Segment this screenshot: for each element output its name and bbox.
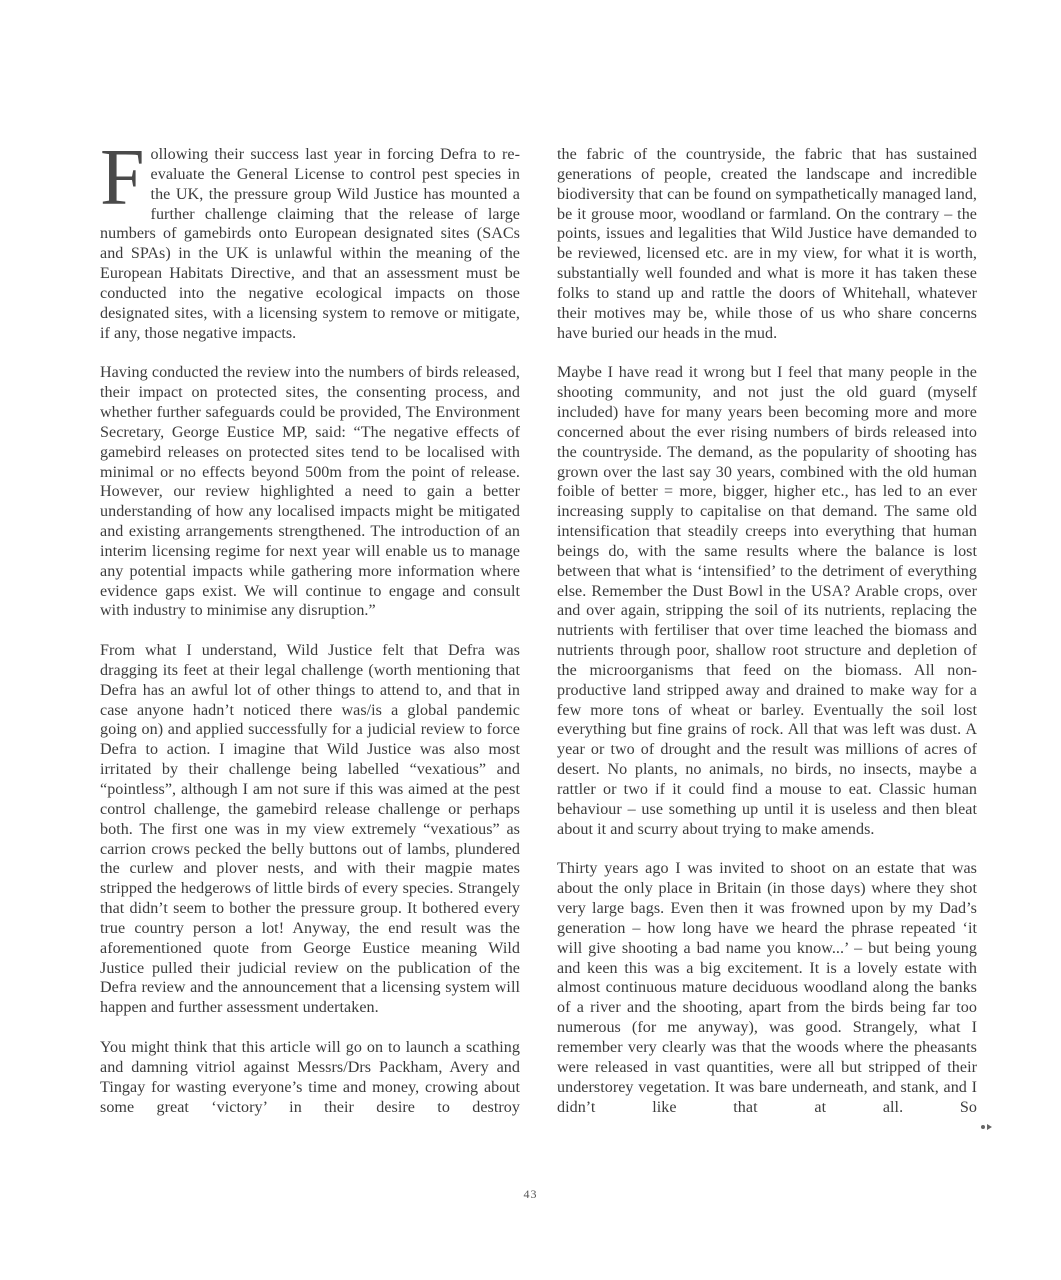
continue-arrow-icon — [980, 1120, 996, 1132]
article-right-column: the fabric of the countryside, the fabri… — [557, 145, 977, 1137]
page-number: 43 — [0, 1187, 1061, 1202]
drop-cap: F — [100, 147, 145, 209]
magazine-page: Following their success last year in for… — [0, 0, 1061, 1280]
article-left-column: Following their success last year in for… — [100, 145, 520, 1137]
article-paragraph-4: You might think that this article will g… — [100, 1038, 520, 1117]
article-paragraph-2: Having conducted the review into the num… — [100, 363, 520, 621]
article-paragraph-5: the fabric of the countryside, the fabri… — [557, 145, 977, 343]
article-paragraph-3: From what I understand, Wild Justice fel… — [100, 641, 520, 1018]
paragraph-text: ollowing their success last year in forc… — [100, 146, 520, 342]
article-paragraph-7: Thirty years ago I was invited to shoot … — [557, 859, 977, 1117]
article-paragraph-6: Maybe I have read it wrong but I feel th… — [557, 363, 977, 839]
article-paragraph-1: Following their success last year in for… — [100, 145, 520, 343]
